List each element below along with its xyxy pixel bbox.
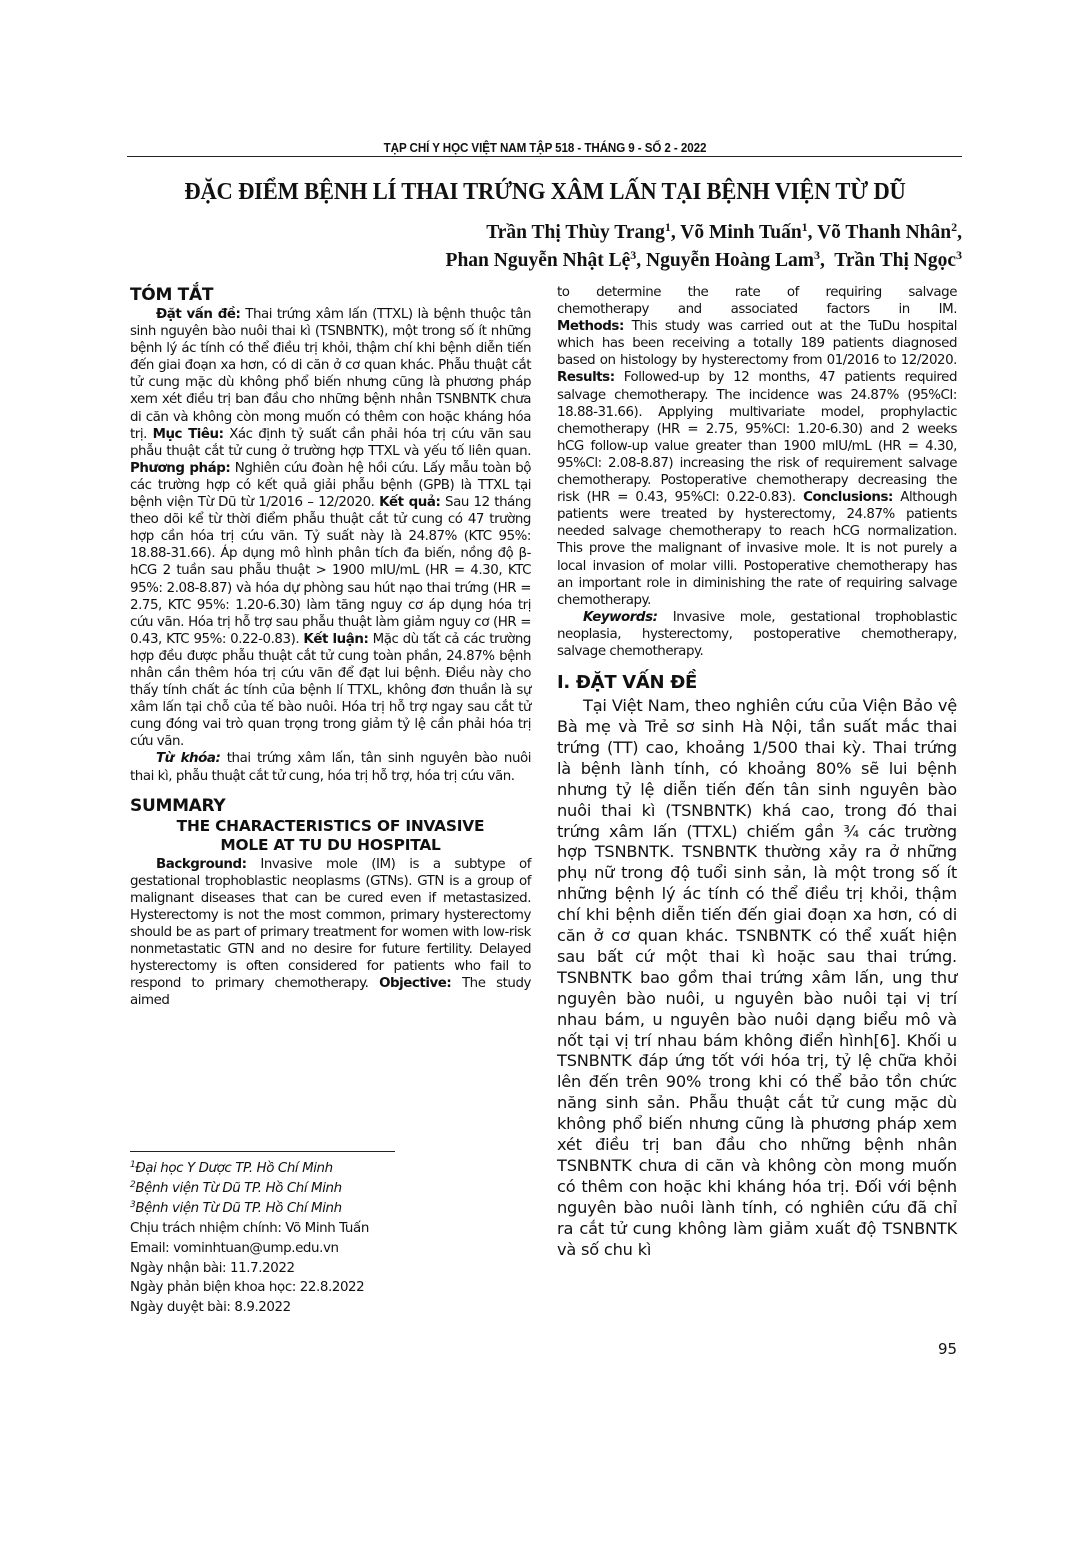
- abstract-vi-body: Đặt vấn đề: Thai trứng xâm lấn (TTXL) là…: [130, 306, 531, 750]
- date-received: Ngày nhận bài: 11.7.2022: [130, 1259, 530, 1279]
- label-objective-vi: Mục Tiêu:: [153, 427, 224, 442]
- running-header: TẠP CHÍ Y HỌC VIỆT NAM TẬP 518 - THÁNG 9…: [178, 140, 912, 155]
- footnote-rule: [130, 1151, 395, 1152]
- email[interactable]: Email: vominhtuan@ump.edu.vn: [130, 1239, 530, 1259]
- corresponding-author: Chịu trách nhiệm chính: Võ Minh Tuấn: [130, 1219, 530, 1239]
- article-title: ĐẶC ĐIỂM BỆNH LÍ THAI TRỨNG XÂM LẤN TẠI …: [161, 178, 928, 206]
- author: Võ Thanh Nhân: [817, 222, 951, 243]
- author-line-2: Phan Nguyễn Nhật Lệ3, Nguyễn Hoàng Lam3,…: [128, 247, 962, 275]
- affiliation-3: 3Bệnh viện Từ Dũ TP. Hồ Chí Minh: [130, 1199, 530, 1219]
- author-separator: ,: [820, 250, 834, 271]
- english-title-line-1: THE CHARACTERISTICS OF INVASIVE: [130, 817, 531, 837]
- text-objective-en-right: to determine the rate of requiring salva…: [557, 285, 957, 317]
- author: Nguyễn Hoàng Lam: [646, 250, 814, 271]
- text-background-en: Invasive mole (IM) is a subtype of gesta…: [130, 857, 531, 992]
- affiliation-marker: 3: [956, 248, 962, 262]
- affiliation-1: 1Đại học Y Dược TP. Hồ Chí Minh: [130, 1159, 530, 1179]
- abstract-en-body-left: Background: Invasive mole (IM) is a subt…: [130, 856, 531, 1010]
- affiliation-text: Đại học Y Dược TP. Hồ Chí Minh: [135, 1161, 332, 1176]
- right-column: to determine the rate of requiring salva…: [557, 284, 957, 1261]
- author: Võ Minh Tuấn: [680, 222, 801, 243]
- left-column: TÓM TẮT Đặt vấn đề: Thai trứng xâm lấn (…: [130, 284, 531, 1009]
- section-1-paragraph: Tại Việt Nam, theo nghiên cứu của Viện B…: [557, 696, 957, 1260]
- keywords-vi: Từ khóa: thai trứng xâm lấn, tân sinh ng…: [130, 750, 531, 784]
- label-background-vi: Đặt vấn đề:: [156, 307, 240, 322]
- date-accepted: Ngày duyệt bài: 8.9.2022: [130, 1298, 530, 1318]
- journal-page: TẠP CHÍ Y HỌC VIỆT NAM TẬP 518 - THÁNG 9…: [0, 0, 1090, 1541]
- date-reviewed: Ngày phản biện khoa học: 22.8.2022: [130, 1278, 530, 1298]
- affiliation-text: Bệnh viện Từ Dũ TP. Hồ Chí Minh: [135, 1201, 341, 1216]
- label-conclusion-vi: Kết luận:: [303, 632, 368, 647]
- header-rule: [127, 156, 962, 157]
- text-conclusion-vi: Mặc dù tất cả các trường hợp đều được ph…: [130, 632, 531, 750]
- label-results-en: Results:: [557, 370, 615, 385]
- page-number: 95: [938, 1340, 957, 1358]
- summary-heading: SUMMARY: [130, 795, 531, 817]
- section-1-heading: I. ĐẶT VẤN ĐỀ: [557, 670, 957, 696]
- keywords-en: Keywords: Invasive mole, gestational tro…: [557, 609, 957, 660]
- author-separator: ,: [808, 222, 817, 243]
- author-separator: ,: [671, 222, 680, 243]
- author-separator: ,: [957, 222, 962, 243]
- author: Trần Thị Thùy Trang: [486, 222, 665, 243]
- text-background-vi: Thai trứng xâm lấn (TTXL) là bệnh thuộc …: [130, 307, 531, 442]
- author: Phan Nguyễn Nhật Lệ: [446, 250, 631, 271]
- label-keywords-en: Keywords:: [583, 610, 658, 625]
- abstract-vi-heading: TÓM TẮT: [130, 284, 531, 306]
- label-keywords-vi: Từ khóa:: [156, 751, 220, 766]
- abstract-en-body-right: to determine the rate of requiring salva…: [557, 284, 957, 609]
- author-separator: ,: [636, 250, 646, 271]
- affiliation-2: 2Bệnh viện Từ Dũ TP. Hồ Chí Minh: [130, 1179, 530, 1199]
- label-objective-en: Objective:: [379, 976, 451, 991]
- author-line-1: Trần Thị Thùy Trang1, Võ Minh Tuấn1, Võ …: [128, 219, 962, 247]
- text-conclusions-en: Although patients were treated by hyster…: [557, 490, 957, 608]
- label-methods-vi: Phương pháp:: [130, 461, 230, 476]
- text-results-en: Followed-up by 12 months, 47 patients re…: [557, 370, 957, 505]
- author: Trần Thị Ngọc: [834, 250, 956, 271]
- author-list: Trần Thị Thùy Trang1, Võ Minh Tuấn1, Võ …: [128, 219, 962, 275]
- text-results-vi: Sau 12 tháng theo dõi kể từ thời điểm ph…: [130, 495, 531, 647]
- label-methods-en: Methods:: [557, 319, 624, 334]
- affiliation-text: Bệnh viện Từ Dũ TP. Hồ Chí Minh: [135, 1181, 341, 1196]
- label-results-vi: Kết quả:: [379, 495, 440, 510]
- english-title-line-2: MOLE AT TU DU HOSPITAL: [130, 836, 531, 856]
- footnotes: 1Đại học Y Dược TP. Hồ Chí Minh 2Bệnh vi…: [130, 1159, 530, 1318]
- label-background-en: Background:: [156, 857, 247, 872]
- label-conclusions-en: Conclusions:: [803, 490, 893, 505]
